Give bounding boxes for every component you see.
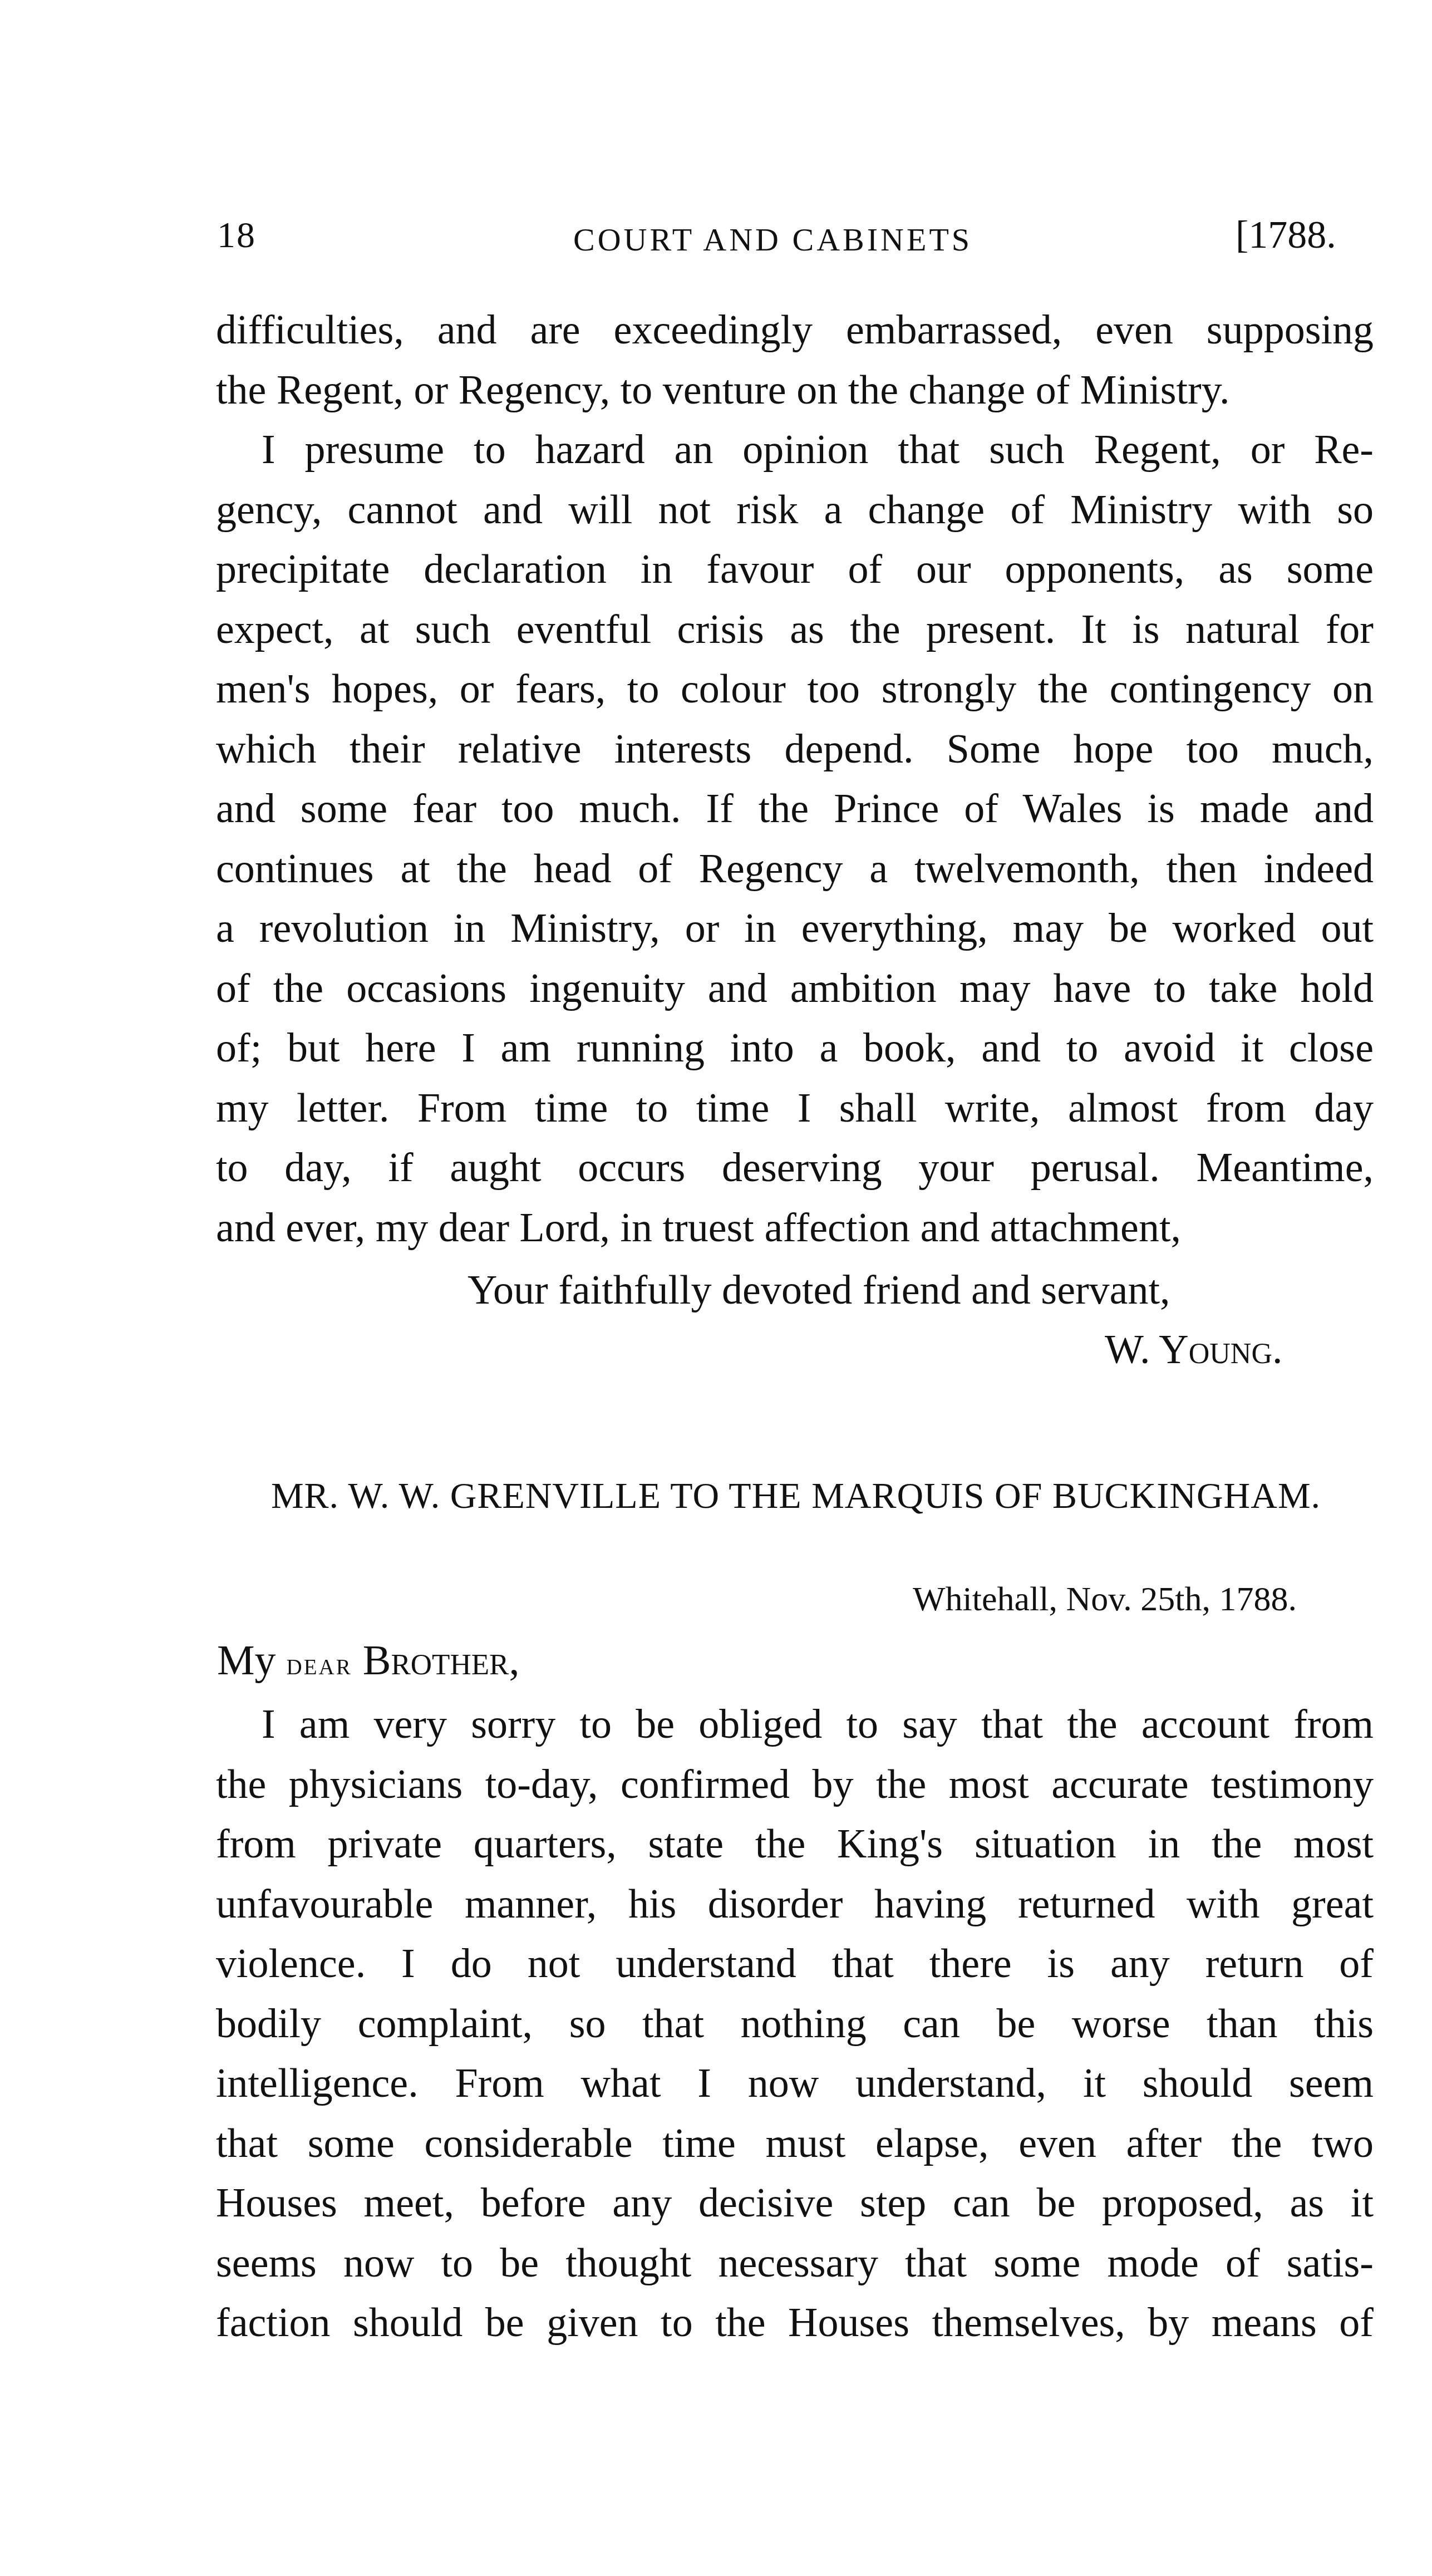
text-line: I am very sorry to be obliged to say tha… [216,1695,1374,1755]
letter-signature: W. Young. [1105,1320,1282,1380]
text-line: Houses meet, before any decisive step ca… [216,2174,1374,2234]
text-line: expect, at such eventful crisis as the p… [216,600,1374,660]
text-line: precipitate declaration in favour of our… [216,540,1374,600]
text-line: of; but here I am running into a book, a… [216,1019,1374,1079]
text-line: intelligence. From what I now understand… [216,2054,1374,2114]
letter-heading: MR. W. W. GRENVILLE TO THE MARQUIS OF BU… [217,1475,1375,1517]
text-line: and ever, my dear Lord, in truest affect… [216,1198,1374,1258]
running-year: [1788. [1236,210,1336,260]
text-line: faction should be given to the Houses th… [216,2293,1374,2353]
page-number: 18 [217,210,256,260]
text-line: from private quarters, state the King's … [216,1815,1374,1875]
letter-closing: Your faithfully devoted friend and serva… [468,1261,1170,1320]
text-line: unfavourable manner, his disorder having… [216,1875,1374,1935]
text-line: bodily complaint, so that nothing can be… [216,1994,1374,2054]
text-line: my letter. From time to time I shall wri… [216,1079,1374,1139]
running-head: 18 COURT AND CABINETS [1788. [217,210,1414,260]
text-line: I presume to hazard an opinion that such… [216,420,1374,480]
text-line: which their relative interests depend. S… [216,720,1374,780]
text-line: violence. I do not understand that there… [216,1934,1374,1994]
letter-salutation: My dear Brother, [217,1636,519,1685]
text-line: the physicians to-day, confirmed by the … [216,1755,1374,1815]
text-line: of the occasions ingenuity and ambition … [216,959,1374,1019]
text-line: seems now to be thought necessary that s… [216,2234,1374,2294]
text-line: the Regent, or Regency, to venture on th… [216,361,1374,421]
text-line: and some fear too much. If the Prince of… [216,779,1374,839]
book-page: 18 COURT AND CABINETS [1788. difficultie… [0,0,1432,2576]
salutation-dear: dear [287,1647,352,1682]
text-line: difficulties, and are exceedingly embarr… [216,301,1374,361]
text-line: that some considerable time must elapse,… [216,2114,1374,2174]
salutation-my: My [217,1637,276,1684]
running-title: COURT AND CABINETS [573,215,972,265]
letter-grenville-body: I am very sorry to be obliged to say tha… [216,1695,1374,2353]
letter-dateline: Whitehall, Nov. 25th, 1788. [913,1580,1297,1619]
letter-young-body: difficulties, and are exceedingly embarr… [216,301,1374,1258]
text-line: continues at the head of Regency a twelv… [216,839,1374,899]
salutation-brother: Brother, [363,1637,520,1684]
text-line: men's hopes, or fears, to colour too str… [216,660,1374,720]
text-line: to day, if aught occurs deserving your p… [216,1138,1374,1198]
text-line: gency, cannot and will not risk a change… [216,480,1374,540]
text-line: a revolution in Ministry, or in everythi… [216,899,1374,959]
